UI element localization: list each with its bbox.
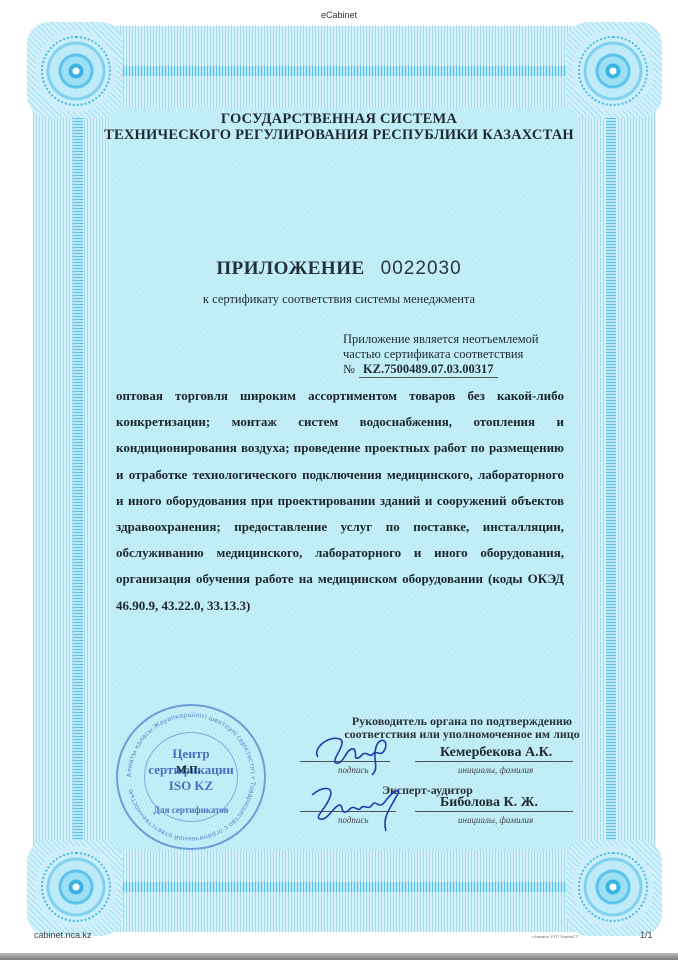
footer-printer: г.Алматы, РГП "КазНаСТ" xyxy=(532,934,579,939)
page-shadow xyxy=(0,953,678,960)
page-number: 1/1 xyxy=(640,930,653,940)
head-name: Кемербекова А.К. xyxy=(440,745,552,761)
appendix-number: 0022030 xyxy=(381,258,462,279)
bottom-border-band xyxy=(33,882,656,892)
left-border-band xyxy=(73,26,83,932)
signature-icon xyxy=(310,727,410,777)
expert-name-line xyxy=(415,811,573,812)
rosette-icon xyxy=(572,846,654,928)
seal-mark: М.П. xyxy=(176,764,200,776)
top-border-band xyxy=(33,66,656,76)
head-name-line xyxy=(415,761,573,762)
rosette-icon xyxy=(35,846,117,928)
expert-name: Биболова К. Ж. xyxy=(440,795,538,811)
right-border-band xyxy=(606,26,616,932)
rosette-icon xyxy=(35,30,117,112)
number-sign: № xyxy=(343,362,355,376)
appendix-title: ПРИЛОЖЕНИЕ0022030 xyxy=(0,258,678,280)
reference-line-1: Приложение является неотъемлемой xyxy=(343,332,539,347)
reference-number-row: №KZ.7500489.07.03.00317 xyxy=(343,362,539,378)
head-name-caption: инициалы, фамилия xyxy=(458,765,533,775)
appendix-label: ПРИЛОЖЕНИЕ xyxy=(216,258,364,279)
certificate-reference: Приложение является неотъемлемой частью … xyxy=(343,332,539,378)
signature-icon xyxy=(304,777,414,835)
expert-name-caption: инициалы, фамилия xyxy=(458,815,533,825)
reference-line-2: частью сертификата соответствия xyxy=(343,347,539,362)
rosette-icon xyxy=(572,30,654,112)
stamp-bottom-text: Для сертификатов xyxy=(118,802,264,818)
certificate-number: KZ.7500489.07.03.00317 xyxy=(359,362,498,378)
stamp-line-1: Центр xyxy=(118,746,264,762)
site-label: eCabinet xyxy=(0,10,678,20)
footer-site: cabinet.nca.kz xyxy=(34,930,92,940)
heading-line-2: ТЕХНИЧЕСКОГО РЕГУЛИРОВАНИЯ РЕСПУБЛИКИ КА… xyxy=(0,127,678,144)
scope-description: оптовая торговля широким ассортиментом т… xyxy=(116,383,564,619)
official-stamp: Алматы қаласы Жауапкершілігі шектеулі се… xyxy=(116,704,266,850)
appendix-subtitle: к сертификату соответствия системы менед… xyxy=(0,292,678,307)
stamp-line-3: ISO KZ xyxy=(118,778,264,794)
heading-line-1: ГОСУДАРСТВЕННАЯ СИСТЕМА xyxy=(0,111,678,128)
